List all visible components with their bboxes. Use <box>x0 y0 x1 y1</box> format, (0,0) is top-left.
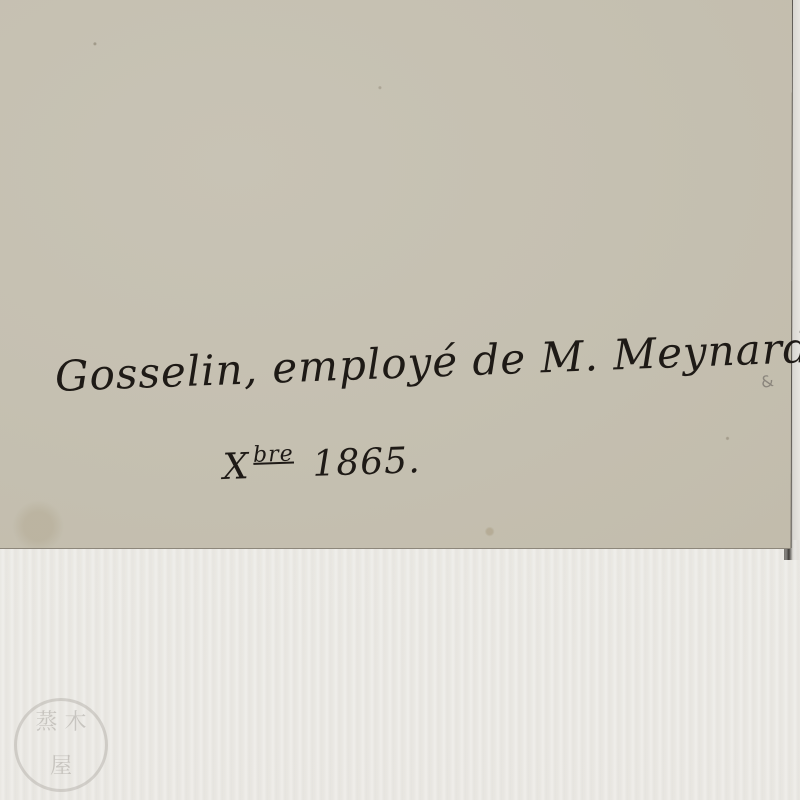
pencil-mark: & <box>759 371 775 392</box>
inscription-line-1: Gosselin, employé de M. Meynard <box>54 323 800 401</box>
backing-sheet <box>0 540 800 800</box>
seal-watermark-icon: 蒸 木 屋 <box>14 698 108 792</box>
inscription-line-2: Xbre 1865. <box>222 437 421 488</box>
seal-characters-top: 蒸 木 <box>17 711 105 735</box>
photo-scene: Gosselin, employé de M. Meynard Xbre 186… <box>0 0 800 800</box>
inscribed-card: Gosselin, employé de M. Meynard Xbre 186… <box>0 0 792 548</box>
month-superscript: bre <box>253 442 294 468</box>
month-numeral: X <box>222 446 250 488</box>
seal-characters-bottom: 屋 <box>17 755 105 779</box>
inscription-year: 1865. <box>312 440 421 485</box>
